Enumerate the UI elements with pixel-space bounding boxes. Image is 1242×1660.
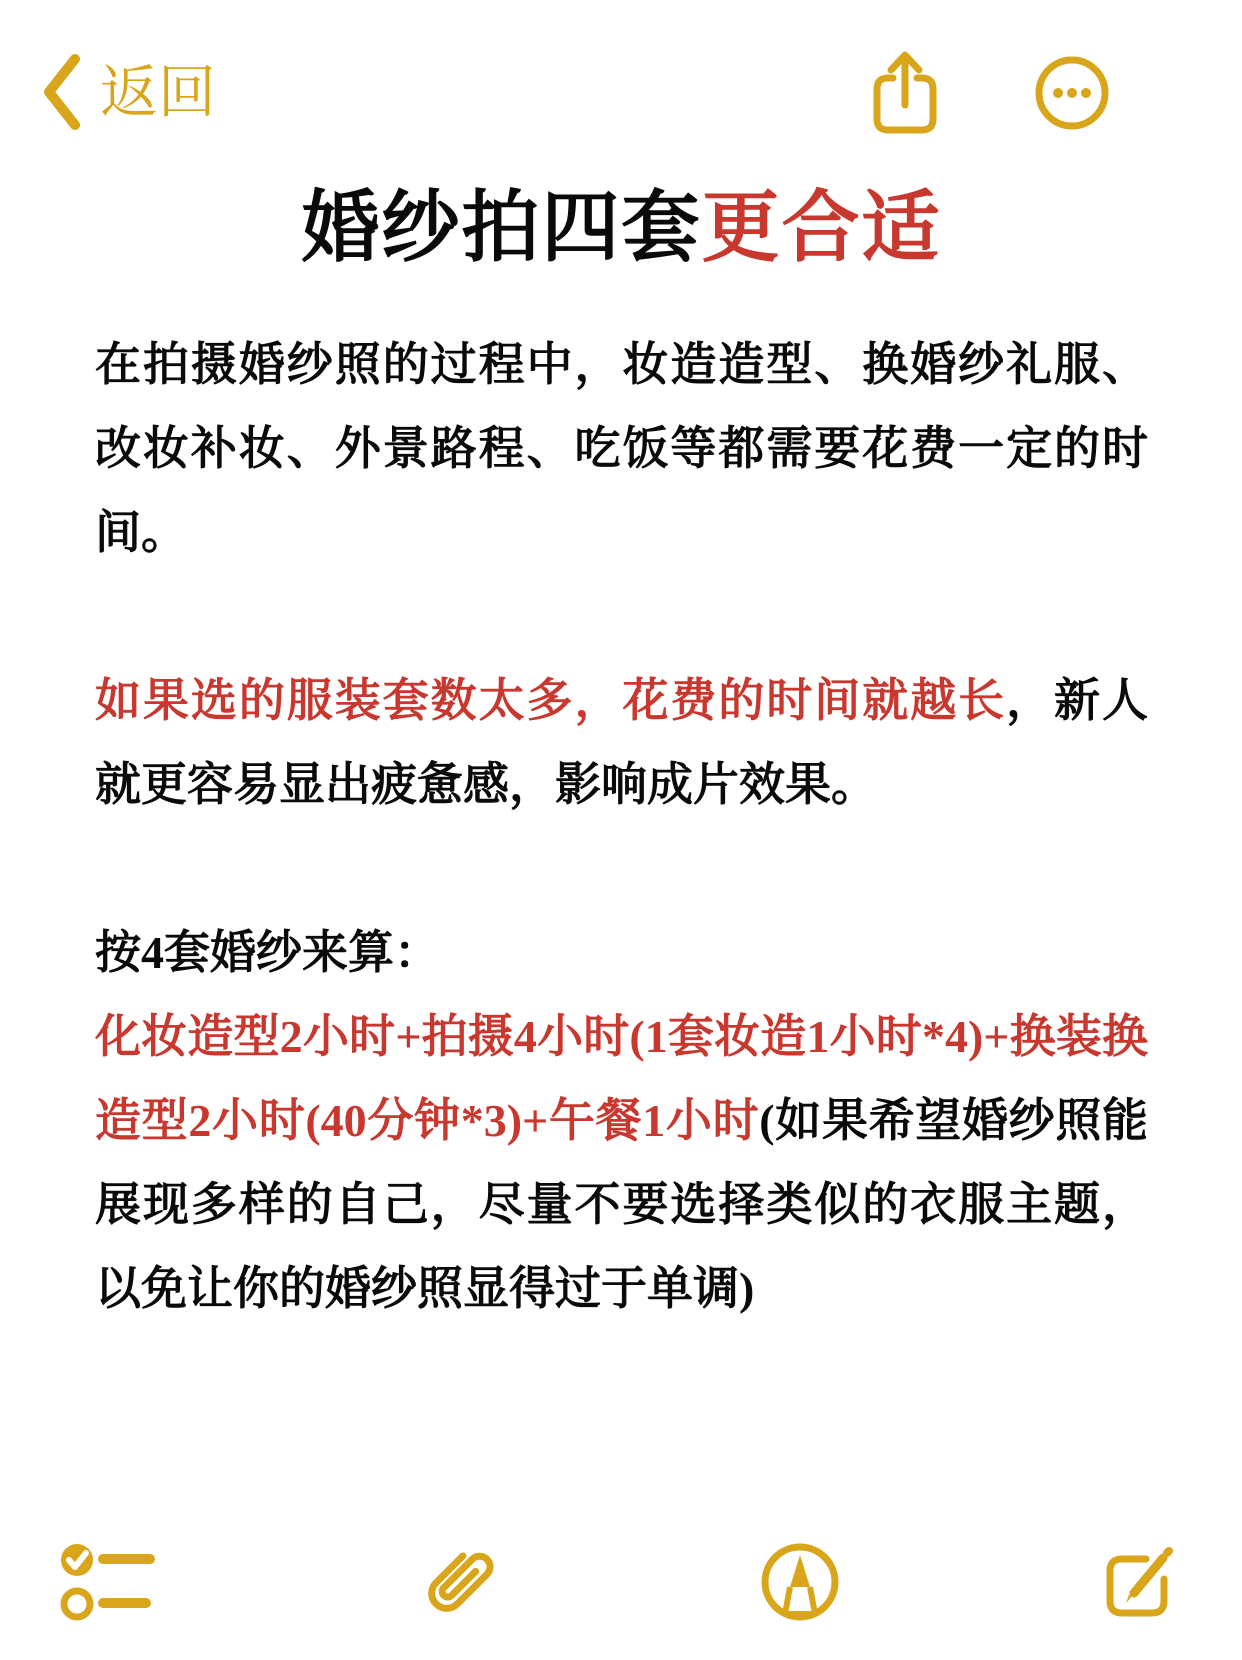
back-button[interactable]: 返回 (40, 52, 216, 135)
compose-button[interactable] (1100, 1541, 1180, 1623)
markup-button[interactable] (760, 1542, 840, 1622)
title-segment: 婚纱拍四套 (301, 184, 701, 271)
paragraph-calc-heading: 按4套婚纱来算： (95, 911, 1148, 995)
back-button-label: 返回 (100, 64, 216, 122)
paragraph-too-many-outfits: 如果选的服装套数太多，花费的时间就越长，新人就更容易显出疲惫感，影响成片效果。 (95, 659, 1148, 827)
paragraph-time-breakdown: 化妆造型2小时+拍摄4小时(1套妆造1小时*4)+换装换造型2小时(40分钟*3… (95, 995, 1148, 1331)
markup-icon (760, 1542, 840, 1622)
attachment-button[interactable] (416, 1538, 500, 1626)
checklist-icon (60, 1539, 156, 1625)
paragraph-shooting-time: 在拍摄婚纱照的过程中，妆造造型、换婚纱礼服、改妆补妆、外景路程、吃饭等都需要花费… (95, 323, 1148, 575)
more-icon (1034, 55, 1110, 131)
share-icon (868, 47, 942, 139)
top-navigation-bar: 返回 (0, 45, 1242, 141)
note-title: 婚纱拍四套更合适 (95, 183, 1148, 273)
more-button[interactable] (1034, 55, 1110, 131)
text-segment-highlight: 如果选的服装套数太多，花费的时间就越长 (95, 675, 1006, 726)
notes-app-screen: 返回 婚纱拍四套更合适 (0, 0, 1242, 1660)
back-chevron-icon (40, 52, 82, 135)
compose-icon (1100, 1541, 1180, 1623)
text-segment: 在拍摄婚纱照的过程中，妆造造型、换婚纱礼服、改妆补妆、外景路程、吃饭等都需要花费… (95, 339, 1148, 558)
title-segment-highlight: 更合适 (702, 184, 942, 271)
note-editor[interactable]: 婚纱拍四套更合适 在拍摄婚纱照的过程中，妆造造型、换婚纱礼服、改妆补妆、外景路程… (95, 183, 1148, 1415)
checklist-button[interactable] (60, 1539, 156, 1625)
text-segment: 按4套婚纱来算： (95, 927, 440, 978)
share-button[interactable] (868, 47, 942, 139)
bottom-toolbar (0, 1536, 1242, 1628)
attachment-icon (416, 1538, 500, 1626)
